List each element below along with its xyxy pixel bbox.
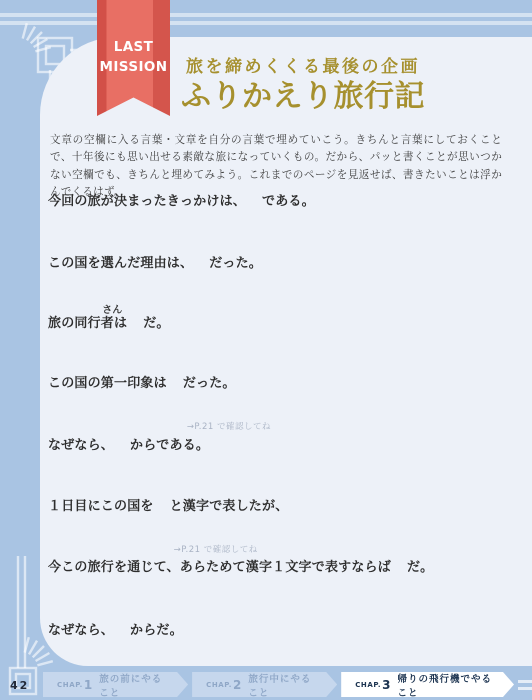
question-post-text: からである。: [130, 434, 209, 453]
chapter-label: CHAP.: [57, 681, 83, 689]
question-row: 旅の同行者は さん だ。: [48, 302, 170, 340]
question-pre-text: この国を選んだ理由は、: [48, 252, 193, 271]
ribbon-line-1: LAST: [97, 37, 170, 57]
chapter-label: CHAP.: [206, 681, 232, 689]
question-post-text: からだ。: [130, 619, 183, 638]
chapter-title: 旅の前にやること: [99, 671, 168, 699]
question-post-text: だ。: [407, 556, 433, 575]
question-pre-text: なぜなら、: [48, 434, 114, 453]
question-pre-text: この国の第一印象は: [48, 372, 167, 391]
page-title: ふりかえり旅行記: [181, 71, 425, 115]
blank-inner-suffix: さん: [102, 301, 122, 316]
question-post-text: だ。: [143, 312, 169, 331]
chapter-title: 旅行中にやること: [248, 671, 317, 699]
question-row: この国を選んだ理由は、 だった。: [48, 242, 262, 280]
chapter-number: 1: [84, 678, 92, 692]
question-row: １日目にこの国を →P.21 で確認してね と漢字で表したが、: [48, 485, 288, 523]
frame-stripe-top: [0, 13, 532, 17]
question-row: なぜなら、 からだ。: [48, 609, 183, 647]
page-number: 42: [10, 679, 29, 692]
question-post-text: だった。: [183, 372, 236, 391]
chapter-navigation: CHAP.1 旅の前にやること CHAP.2 旅行中にやること CHAP.3 帰…: [43, 672, 532, 697]
question-post-text: だった。: [209, 252, 262, 271]
chapter-tab-3[interactable]: CHAP.3 帰りの飛行機でやること: [341, 672, 514, 697]
question-pre-text: １日目にこの国を: [48, 495, 154, 514]
question-post-text: と漢字で表したが、: [170, 495, 289, 514]
question-row: この国の第一印象は →P.21 で確認してね だった。: [48, 362, 236, 400]
question-pre-text: 今この旅行を通じて、あらためて漢字１文字で表すならば: [48, 556, 391, 575]
last-mission-label: LAST MISSION: [97, 37, 170, 78]
chapter-number: 3: [382, 678, 390, 692]
ribbon-line-2: MISSION: [97, 57, 170, 77]
chapter-label: CHAP.: [355, 681, 381, 689]
chapter-number: 2: [233, 678, 241, 692]
workbook-page: LAST MISSION 旅を締めくくる最後の企画 ふりかえり旅行記 文章の空欄…: [0, 0, 532, 700]
question-row: 今この旅行を通じて、あらためて漢字１文字で表すならば だ。: [48, 546, 433, 584]
chapter-tab-1[interactable]: CHAP.1 旅の前にやること: [43, 672, 188, 697]
question-pre-text: なぜなら、: [48, 619, 114, 638]
question-post-text: である。: [262, 190, 315, 209]
nav-trailing-lines: [518, 672, 532, 697]
question-row: なぜなら、 からである。: [48, 424, 209, 462]
question-pre-text: 今回の旅が決まったきっかけは、: [48, 190, 246, 209]
chapter-title: 帰りの飛行機でやること: [397, 671, 494, 699]
question-row: 今回の旅が決まったきっかけは、 である。: [48, 180, 315, 218]
frame-stripe-bottom: [0, 21, 532, 25]
chapter-tab-2[interactable]: CHAP.2 旅行中にやること: [192, 672, 337, 697]
